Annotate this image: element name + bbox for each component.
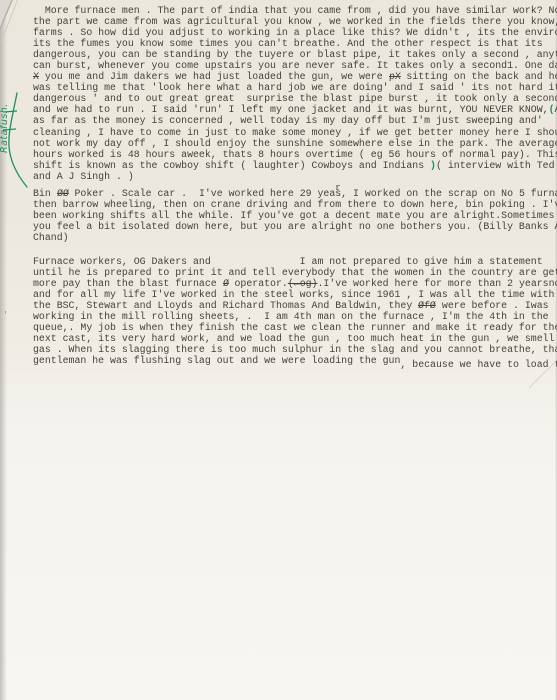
typewritten-line: More furnace men . The part of india tha… [33, 5, 557, 16]
typewritten-line: farms . So how did you adjust to working… [33, 27, 557, 38]
typewritten-line: not work my day off , I should enjoy the… [33, 138, 557, 149]
crossed-out-word: (←og) [288, 278, 318, 289]
typewritten-line: you feel a bit isolated down here, but y… [33, 221, 557, 232]
typewritten-line: hours worked is 48 hours aweek, thats 8 … [33, 149, 557, 160]
struck-out-text: ØØ [56, 188, 69, 199]
typewritten-line: and we had to run . I said 'run' I left … [33, 104, 557, 115]
green-ink-annotation: ( [549, 104, 555, 115]
typewritten-line: as far as the money is concerned , well … [33, 115, 557, 126]
handwritten-margin-note: Ratafush. [0, 103, 10, 153]
typewritten-line: its the fumes you know some times you ca… [33, 38, 557, 49]
typewritten-line: more pay than the blast furnace Ø operat… [33, 278, 557, 289]
typewritten-line: dangerous ' and to out great great surpr… [33, 93, 557, 104]
struck-out-text: Ø [222, 278, 229, 289]
green-ink-annotation: ) [430, 160, 436, 171]
typewritten-line: then barrow wheeling, then on crane driv… [33, 199, 557, 210]
typewritten-line: gentleman he was flushing slag out and w… [33, 355, 557, 366]
typewritten-line: the BSC, Stewart and Lloyds and Richard … [33, 300, 557, 311]
typewritten-line: can burst, whenever you come upstairs yo… [33, 60, 557, 71]
typewritten-line: been working shifts all the while. If yo… [33, 210, 557, 221]
typewritten-line: shift is known as the cowboy shift ( lau… [33, 160, 557, 171]
baseline-shifted-text: , because we have to load the [400, 359, 557, 370]
struck-out-text: X [33, 71, 40, 82]
typewritten-line: gas . When its slagging there is too muc… [33, 344, 557, 355]
typewritten-line: until he is prepared to print it and tel… [33, 267, 557, 278]
typewritten-line: and for all my life I've worked in the s… [33, 289, 557, 300]
paragraph-p3: Furnace workers, OG Dakers and I am not … [33, 256, 557, 366]
struck-out-text: pX [388, 71, 401, 82]
typewritten-line: and A J Singh . ) [33, 171, 557, 182]
typewritten-text-block: More furnace men . The part of india tha… [33, 5, 557, 366]
scanned-typewritten-page: { "page": { "colors": { "paper_top": "#e… [0, 0, 557, 700]
typewritten-line: cleaning , I have to come in just to mak… [33, 127, 557, 138]
struck-out-text: ØfØ [418, 300, 437, 311]
typewritten-line: Furnace workers, OG Dakers and I am not … [33, 256, 557, 267]
paragraph-p1: More furnace men . The part of india tha… [33, 5, 557, 182]
typewritten-line: Chand) [33, 232, 557, 243]
typewritten-line: next cast, its very hard work, and we lo… [33, 333, 557, 344]
paragraph-p2: Bin ØØ Poker . Scale car . I've worked h… [33, 188, 557, 243]
typewritten-line: Bin ØØ Poker . Scale car . I've worked h… [33, 188, 557, 199]
typewritten-line: the part we came from was agricultural y… [33, 16, 557, 27]
typewritten-line: working in the mill rolling sheets, . I … [33, 311, 557, 322]
typewritten-line: dangerous, you can be standing by the tu… [33, 49, 557, 60]
green-ink-annotation: ' [537, 115, 543, 126]
stray-ink-mark: ' [3, 311, 8, 320]
typewritten-line: was telling me that 'look here what a ha… [33, 82, 557, 93]
typewritten-line: queue,. My job is when they finish the c… [33, 322, 557, 333]
typewritten-line: X you me and Jim dakers we had just load… [33, 71, 557, 82]
